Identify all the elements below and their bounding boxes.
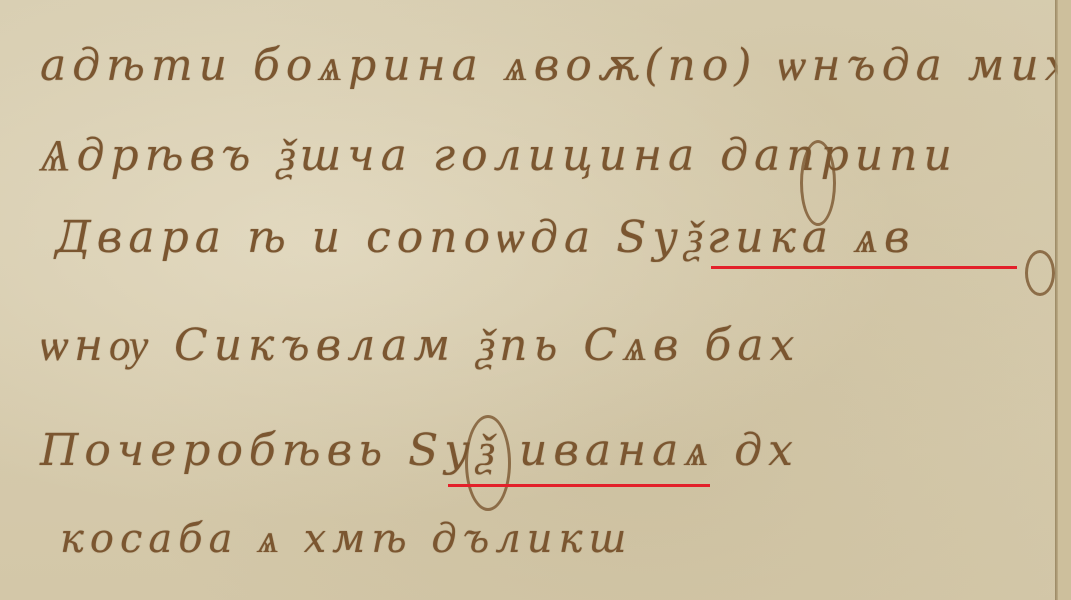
manuscript-line-1: адѣти боѧрина ѧвоѫ(по) ѡнъда михаи xyxy=(40,40,1071,91)
annotation-red-line-1 xyxy=(711,266,1017,269)
manuscript-line-3: Двара ѣ и сопоѡда Ѕуѯгика ѧв xyxy=(55,212,916,263)
manuscript-line-4: ѡнѹ Сикъвлам ѯпь Сѧв бах xyxy=(40,320,800,371)
annotation-red-line-2 xyxy=(448,484,710,487)
ink-flourish xyxy=(465,415,511,511)
page-edge xyxy=(1058,0,1071,600)
ink-flourish xyxy=(800,140,836,226)
ink-flourish xyxy=(1025,250,1055,296)
manuscript-line-5: Почеробѣвь Ѕуѯ иванаѧ дх xyxy=(40,425,799,476)
manuscript-page: адѣти боѧрина ѧвоѫ(по) ѡнъда михаи Ѧдрѣв… xyxy=(0,0,1071,600)
manuscript-line-6: косаба ѧ хмѣ дъликш xyxy=(60,515,632,562)
